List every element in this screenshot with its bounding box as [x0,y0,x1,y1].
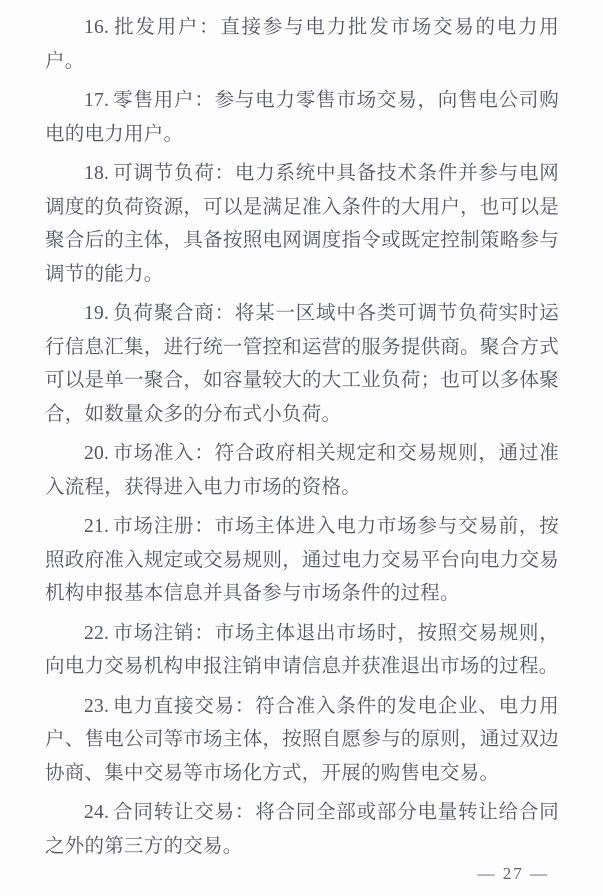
item-term: 可调节负荷： [113,163,235,184]
glossary-item-24: 24.合同转让交易：将合同全部或部分电量转让给合同之外的第三方的交易。 [45,796,559,863]
item-number: 16. [84,17,109,38]
item-term: 合同转让交易： [113,802,256,823]
glossary-item-22: 22.市场注销：市场主体退出市场时，按照交易规则，向电力交易机构申报注销申请信息… [45,617,559,684]
glossary-item-19: 19.负荷聚合商：将某一区域中各类可调节负荷实时运行信息汇集，进行统一管控和运营… [45,297,559,431]
glossary-item-21: 21.市场注册：市场主体进入电力市场参与交易前，按照政府准入规定或交易规则，通过… [45,510,559,611]
item-number: 18. [84,163,109,184]
glossary-text-block: 16.批发用户：直接参与电力批发市场交易的电力用户。 17.零售用户：参与电力零… [45,11,559,863]
item-number: 19. [84,303,109,324]
item-number: 17. [84,90,109,111]
item-term: 负荷聚合商： [113,303,235,324]
item-number: 22. [84,623,109,644]
glossary-item-23: 23.电力直接交易：符合准入条件的发电企业、电力用户、售电公司等市场主体，按照自… [45,690,559,791]
item-number: 21. [84,516,109,537]
document-page: 16.批发用户：直接参与电力批发市场交易的电力用户。 17.零售用户：参与电力零… [0,0,603,896]
item-number: 23. [84,696,109,717]
item-number: 24. [84,802,109,823]
item-term: 电力直接交易： [113,696,256,717]
item-term: 市场准入： [113,443,215,464]
item-term: 零售用户： [113,90,215,111]
item-term: 市场注册： [113,516,215,537]
item-number: 20. [84,443,109,464]
glossary-item-16: 16.批发用户：直接参与电力批发市场交易的电力用户。 [45,11,559,78]
glossary-item-18: 18.可调节负荷：电力系统中具备技术条件并参与电网调度的负荷资源，可以是满足准入… [45,157,559,291]
glossary-item-20: 20.市场准入：符合政府相关规定和交易规则，通过准入流程，获得进入电力市场的资格… [45,437,559,504]
item-term: 市场注销： [113,623,215,644]
item-term: 批发用户： [113,17,221,38]
glossary-item-17: 17.零售用户：参与电力零售市场交易，向售电公司购电的电力用户。 [45,84,559,151]
page-number: — 27 — [478,864,550,884]
